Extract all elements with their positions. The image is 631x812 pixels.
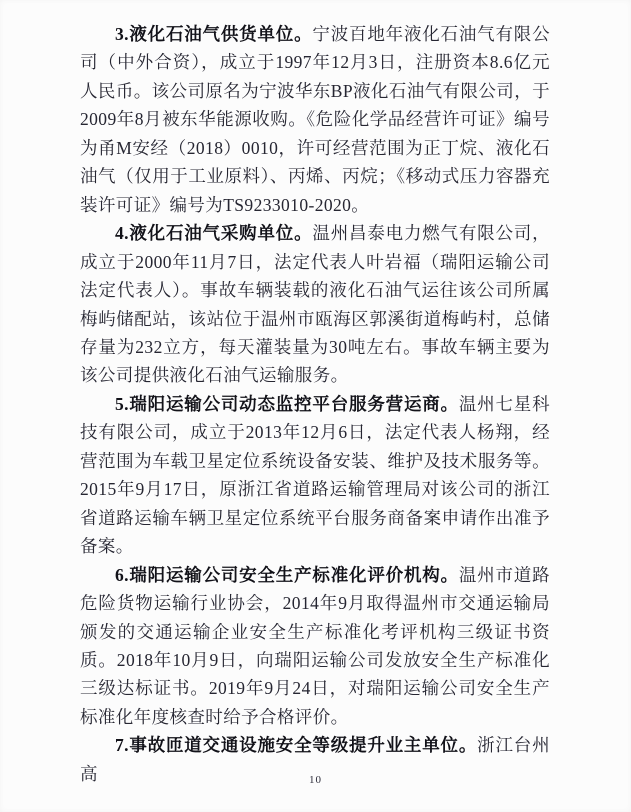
paragraph-7-heading: 7.事故匝道交通设施安全等级提升业主单位。: [115, 735, 477, 755]
paragraph-3: 3.液化石油气供货单位。宁波百地年液化石油气有限公司（中外合资），成立于1997…: [80, 20, 550, 219]
paragraph-3-body: 宁波百地年液化石油气有限公司（中外合资），成立于1997年12月3日，注册资本8…: [80, 24, 550, 215]
paragraph-5: 5.瑞阳运输公司动态监控平台服务营运商。温州七星科技有限公司，成立于2013年1…: [80, 390, 550, 561]
paragraph-6-body: 温州市道路危险货物运输行业协会，2014年9月取得温州市交通运输局颁发的交通运输…: [80, 565, 550, 727]
paragraph-5-heading: 5.瑞阳运输公司动态监控平台服务营运商。: [115, 394, 459, 414]
paragraph-4-body: 温州昌泰电力燃气有限公司，成立于2000年11月7日，法定代表人叶岩福（瑞阳运输…: [80, 223, 550, 385]
page-footer: 10: [0, 770, 631, 788]
paragraph-4: 4.液化石油气采购单位。温州昌泰电力燃气有限公司，成立于2000年11月7日，法…: [80, 219, 550, 390]
document-body: 3.液化石油气供货单位。宁波百地年液化石油气有限公司（中外合资），成立于1997…: [80, 20, 550, 788]
paragraph-5-body: 温州七星科技有限公司，成立于2013年12月6日，法定代表人杨翔，经营范围为车载…: [80, 394, 550, 556]
page-number: 10: [309, 774, 322, 786]
paragraph-6-heading: 6.瑞阳运输公司安全生产标准化评价机构。: [115, 565, 459, 585]
paragraph-3-heading: 3.液化石油气供货单位。: [115, 24, 312, 44]
paragraph-6: 6.瑞阳运输公司安全生产标准化评价机构。温州市道路危险货物运输行业协会，2014…: [80, 561, 550, 732]
paragraph-4-heading: 4.液化石油气采购单位。: [115, 223, 312, 243]
document-page: 3.液化石油气供货单位。宁波百地年液化石油气有限公司（中外合资），成立于1997…: [0, 0, 631, 812]
